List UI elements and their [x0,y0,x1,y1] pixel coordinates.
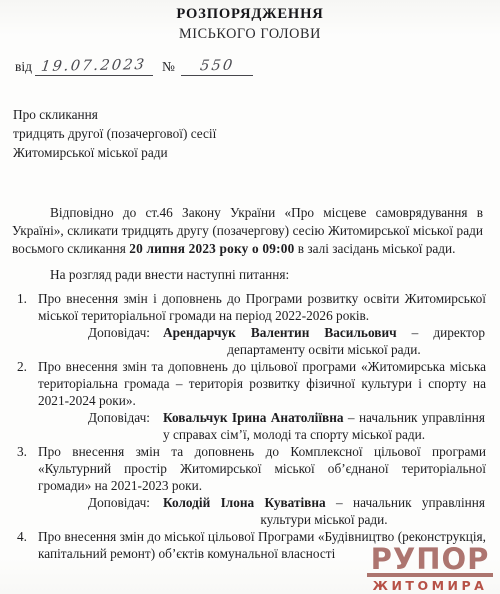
subject-line: тридцять другої (позачергової) сесії [13,124,500,143]
paragraph-text: в залі засідань міської ради. [294,241,455,256]
speaker-block: Доповідач: Колодій Ілона Куватівна – нач… [163,494,485,528]
handwritten-number: 550 [199,58,235,76]
agenda-item-4: 4. Про внесення змін до міської цільової… [12,528,486,562]
agenda-intro: На розгляд ради внести наступні питання: [12,266,483,284]
body-paragraph: Відповідно до ст.46 Закону України «Про … [12,204,483,259]
item-text: Про внесення змін до міської цільової Пр… [38,528,486,562]
speaker-name: Арендарчук Валентин Васильович [163,325,397,340]
document-header: РОЗПОРЯДЖЕННЯ МІСЬКОГО ГОЛОВИ [0,0,500,42]
item-number: 4. [17,528,27,545]
agenda-item-2: 2. Про внесення змін та доповнень до ціл… [12,358,486,443]
agenda-item-1: 1. Про внесення змін і доповнень до Прог… [12,290,486,358]
watermark-underline-bar [367,573,493,577]
subject-block: Про скликання тридцять другої (позачерго… [13,105,500,162]
date-number-row: від 19.07.2023 № 550 [15,57,500,76]
speaker-block: Доповідач: Ковальчук Ірина Анатоліївна –… [163,409,485,443]
speaker-name: Колодій Ілона Куватівна [163,495,326,510]
speaker-label: Доповідач: [88,324,150,341]
item-text: Про внесення змін та доповнень до цільов… [38,358,486,409]
date-prefix-label: від [15,59,32,76]
item-number: 2. [17,358,27,375]
speaker-name: Ковальчук Ірина Анатоліївна [163,410,344,425]
subject-line: Житомирської міської ради [13,143,500,162]
item-number: 3. [17,443,27,460]
speaker-label: Доповідач: [88,409,150,426]
document-title: РОЗПОРЯДЖЕННЯ [0,6,500,23]
session-datetime: 20 липня 2023 року о 09:00 [129,241,294,256]
agenda-list: 1. Про внесення змін і доповнень до Прог… [12,290,486,562]
date-field: 19.07.2023 [35,58,153,76]
subject-line: Про скликання [13,105,500,124]
number-prefix-label: № [162,59,175,76]
document-subtitle: МІСЬКОГО ГОЛОВИ [0,26,500,42]
document-page: РОЗПОРЯДЖЕННЯ МІСЬКОГО ГОЛОВИ від 19.07.… [0,0,500,594]
item-text: Про внесення змін та доповнень до Компле… [38,443,486,494]
speaker-block: Доповідач: Арендарчук Валентин Васильови… [163,324,485,358]
speaker-label: Доповідач: [88,494,150,511]
number-field: 550 [181,58,253,76]
item-number: 1. [17,290,27,307]
agenda-item-3: 3. Про внесення змін та доповнень до Ком… [12,443,486,528]
item-text: Про внесення змін і доповнень до Програм… [38,290,486,324]
handwritten-date: 19.07.2023 [40,57,147,76]
watermark-city-text: ЖИТОМИРА [364,579,496,592]
